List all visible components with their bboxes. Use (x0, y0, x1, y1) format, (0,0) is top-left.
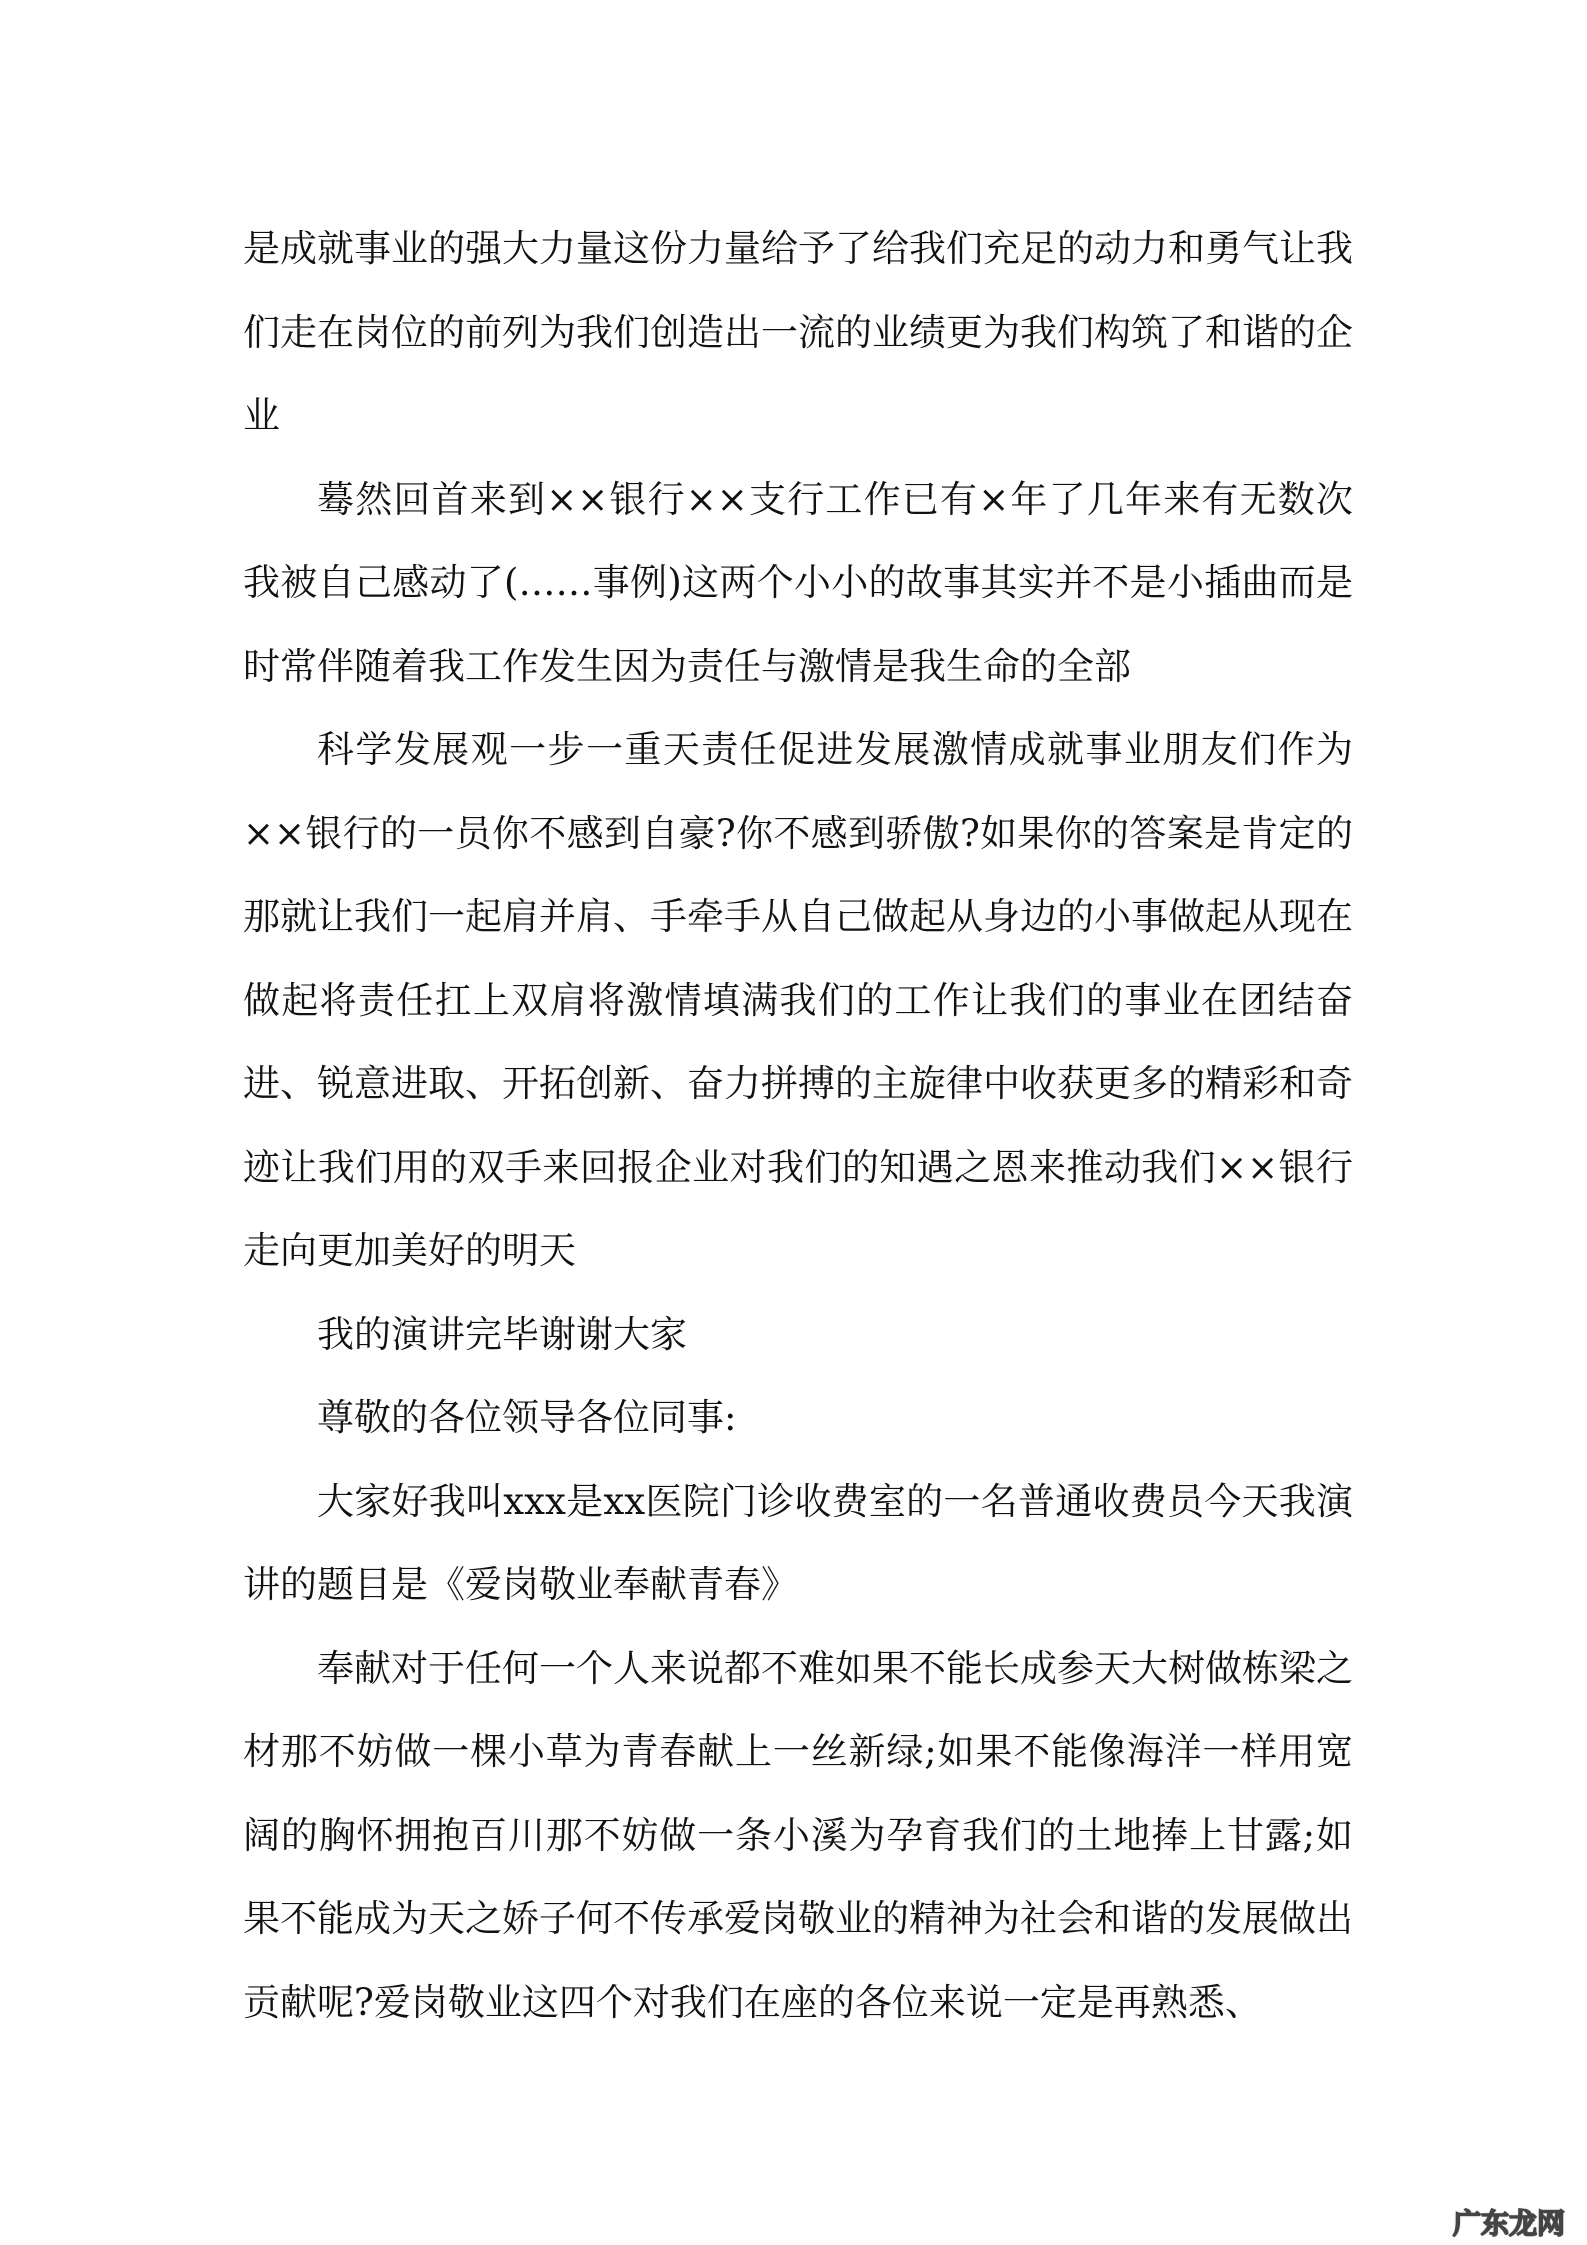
paragraph-dedication: 奉献对于任何一个人来说都不难如果不能长成参天大树做栋梁之材那不妨做一棵小草为青春… (243, 1627, 1353, 2045)
document-body: 是成就事业的强大力量这份力量给予了给我们充足的动力和勇气让我们走在岗位的前列为我… (243, 207, 1353, 2044)
site-watermark: 广东龙网 (1453, 2202, 1565, 2242)
paragraph-1: 是成就事业的强大力量这份力量给予了给我们充足的动力和勇气让我们走在岗位的前列为我… (243, 207, 1353, 458)
paragraph-salutation: 尊敬的各位领导各位同事: (243, 1376, 1353, 1460)
paragraph-3: 科学发展观一步一重天责任促进发展激情成就事业朋友们作为××银行的一员你不感到自豪… (243, 708, 1353, 1293)
paragraph-intro: 大家好我叫xxx是xx医院门诊收费室的一名普通收费员今天我演讲的题目是《爱岗敬业… (243, 1460, 1353, 1627)
paragraph-closing: 我的演讲完毕谢谢大家 (243, 1293, 1353, 1377)
paragraph-2: 蓦然回首来到××银行××支行工作已有×年了几年来有无数次我被自己感动了(……事例… (243, 458, 1353, 709)
